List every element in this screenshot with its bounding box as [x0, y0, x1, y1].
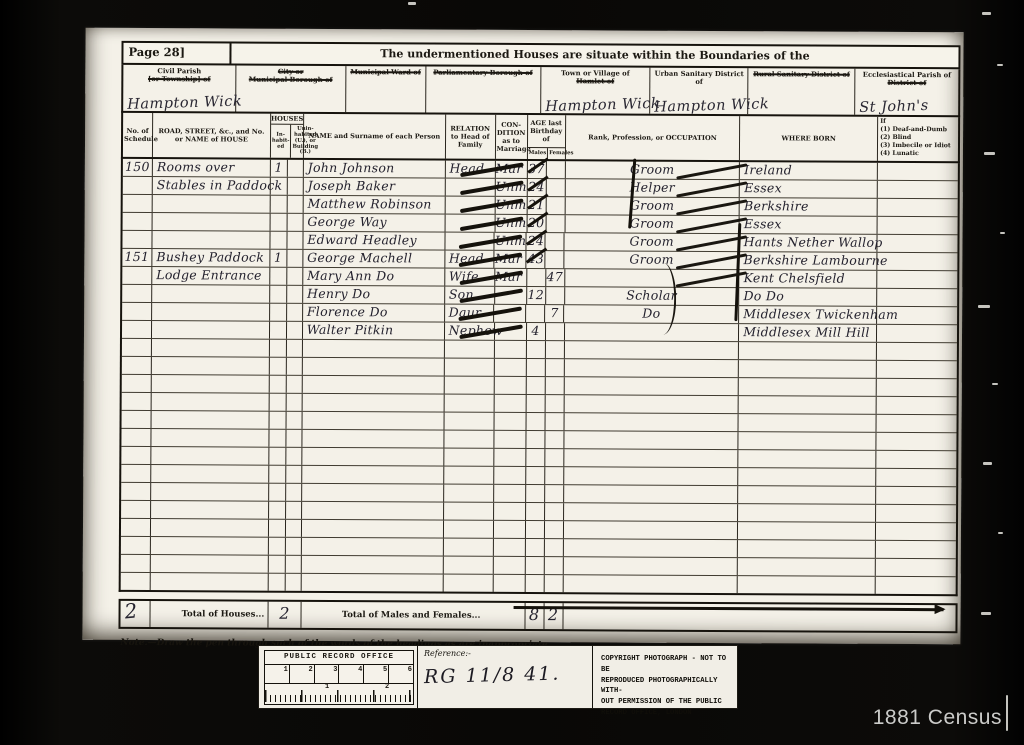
cell-cond: [494, 377, 526, 394]
ruler-number: 4: [358, 666, 362, 674]
column-header-inhabited: In-habit-ed: [271, 125, 292, 158]
cell-infirm: [877, 325, 957, 342]
ruler-number: 2: [308, 666, 312, 674]
cell-born: [738, 558, 876, 576]
cell-occ: [563, 575, 738, 593]
film-artifact: [981, 612, 991, 615]
cell-sched: [122, 411, 152, 428]
cell-name: [302, 466, 444, 484]
cell-road: [152, 231, 270, 249]
cell-agem: 4: [527, 323, 546, 340]
cell-agem: [525, 521, 544, 538]
table-row: [121, 573, 956, 594]
cell-occ: [564, 431, 739, 449]
census-form: Page 28] The undermentioned Houses are s…: [118, 41, 960, 652]
cell-cond: Mar: [495, 269, 527, 286]
cell-cond: Mar: [495, 161, 527, 178]
column-header-age: AGE last Birthday of Males Females: [527, 115, 565, 159]
pro-reference-section: Reference:- RG 11/8 41.: [417, 646, 593, 708]
cell-agem: [526, 449, 545, 466]
cell-infirm: [877, 433, 957, 450]
district-cell: Parliamentary Borough of: [426, 66, 541, 113]
cell-sched: [121, 537, 151, 554]
column-header-name: NAME and Surname of each Person: [304, 114, 446, 159]
film-artifact: [992, 383, 998, 385]
cell-agef: [545, 503, 564, 520]
column-header-infirmity: If (1) Deaf-and-Dumb (2) Blind (3) Imbec…: [878, 117, 958, 161]
cell-sched: [122, 393, 152, 410]
cell-name: [303, 340, 445, 358]
cell-born: Kent Chelsfield: [740, 270, 878, 288]
cell-infirm: [876, 469, 956, 486]
cell-cond: [493, 575, 525, 592]
cell-occ: [564, 503, 739, 521]
district-cell: Urban Sanitary District ofHampton Wick: [651, 68, 749, 115]
cell-born: [738, 486, 876, 504]
cell-occ: Scholar: [565, 287, 740, 305]
district-label: Rural Sanitary District of: [751, 70, 853, 79]
cell-cond: [495, 323, 527, 340]
cell-inh: [270, 268, 287, 285]
cell-infirm: [877, 253, 957, 270]
cell-sched: [121, 573, 151, 590]
cell-road: [151, 483, 269, 501]
cell-occ: [564, 413, 739, 431]
column-header-condition: CON-DITION as to Marriage: [495, 115, 527, 159]
cell-name: Walter Pitkin: [303, 322, 445, 340]
cell-road: Rooms over: [153, 159, 271, 177]
district-header: Civil Parish[or Township] ofHampton Wick…: [121, 65, 960, 117]
cell-agef: [544, 521, 563, 538]
cell-cond: Mar: [495, 251, 527, 268]
age-label: AGE last Birthday of: [528, 115, 565, 148]
cell-sched: [122, 267, 152, 284]
cell-road: [152, 321, 270, 339]
cell-road: [151, 501, 269, 519]
column-header-born: WHERE BORN: [740, 116, 878, 161]
form-title: The undermentioned Houses are situate wi…: [231, 43, 958, 67]
district-label: Town or Village ofHamlet of: [543, 69, 648, 87]
cell-agef: [545, 359, 564, 376]
cell-agem: [526, 485, 545, 502]
cell-agem: [526, 503, 545, 520]
pro-office-box: PUBLIC RECORD OFFICE 123456 1 2: [264, 650, 414, 705]
cell-inh: [269, 412, 286, 429]
cell-rel: [443, 539, 493, 556]
cell-uninh: [286, 484, 302, 501]
cell-sched: [121, 501, 151, 518]
district-label-part: Ecclesiastical Parish of: [857, 71, 956, 80]
cell-name: [302, 484, 444, 502]
cell-born: Do Do: [739, 288, 877, 306]
district-cell: Municipal Ward of: [346, 66, 426, 112]
cell-name: Florence Do: [303, 304, 445, 322]
cell-born: [739, 414, 877, 432]
cell-agef: [545, 395, 564, 412]
district-label: Municipal Ward of: [348, 68, 423, 77]
reference-label: Reference:-: [424, 649, 586, 658]
cell-infirm: [876, 541, 956, 558]
cell-agem: [525, 575, 544, 592]
cell-name: George Way: [303, 214, 445, 232]
cell-born: Berkshire Lambourne: [739, 252, 877, 270]
cell-sched: [122, 285, 152, 302]
cell-occ: [564, 359, 739, 377]
cell-infirm: [878, 235, 958, 252]
cell-occ: [564, 377, 739, 395]
cell-cond: [494, 413, 526, 430]
cell-cond: [494, 521, 526, 538]
cell-name: [302, 430, 444, 448]
cell-born: [738, 576, 876, 594]
ruler-number: 1: [284, 666, 288, 674]
margin-total: 2: [123, 598, 138, 623]
cell-agem: [526, 431, 545, 448]
cell-infirm: [877, 307, 957, 324]
cell-agef: [544, 575, 563, 592]
cell-agem: 12: [527, 287, 546, 304]
cell-sched: [122, 357, 152, 374]
cell-cond: [494, 395, 526, 412]
column-header-schedule: No. of Schedule: [123, 113, 153, 157]
cell-road: [152, 357, 270, 375]
cell-name: Joseph Baker: [304, 178, 446, 196]
cell-uninh: [287, 232, 303, 249]
pen-arrow-mark: [513, 606, 943, 611]
cell-name: [303, 358, 445, 376]
cell-name: [302, 556, 444, 574]
cell-cond: Unm: [495, 197, 527, 214]
cell-sched: [122, 339, 152, 356]
cell-occ: [564, 395, 739, 413]
cell-born: Middlesex Twickenham: [739, 306, 877, 324]
film-artifact: [998, 532, 1003, 534]
district-cell: Rural Sanitary District of: [748, 68, 855, 115]
cell-uninh: [286, 556, 302, 573]
cell-agef: [545, 449, 564, 466]
cell-sched: [123, 195, 153, 212]
cell-sched: [123, 177, 153, 194]
cell-cond: [494, 503, 526, 520]
cell-infirm: [877, 379, 957, 396]
ruler-ticks: 1 2: [265, 684, 413, 702]
cell-cond: Unm: [495, 233, 527, 250]
census-page: Page 28] The undermentioned Houses are s…: [82, 28, 963, 645]
district-cell: City orMunicipal Borough of: [236, 65, 346, 112]
cell-road: [151, 465, 269, 483]
cell-uninh: [286, 520, 302, 537]
cell-inh: [268, 574, 285, 591]
film-artifact: [982, 12, 991, 15]
cell-agef: [545, 485, 564, 502]
district-label: Ecclesiastical Parish ofDistrict of: [857, 71, 956, 88]
cell-occ: [563, 557, 738, 575]
ruler-segment: 2: [290, 665, 315, 683]
cell-agef: [545, 377, 564, 394]
cell-infirm: [876, 559, 956, 576]
cell-sched: 150: [123, 159, 153, 176]
cell-name: [302, 538, 444, 556]
cell-uninh: [287, 358, 303, 375]
cell-inh: [269, 502, 286, 519]
cell-sched: [121, 429, 151, 446]
column-header-relation: RELATION to Head of Family: [446, 115, 496, 159]
film-artifact: [1006, 695, 1008, 731]
cell-uninh: [286, 502, 302, 519]
film-artifact: [978, 305, 990, 308]
cell-inh: [269, 538, 286, 555]
cell-agem: [526, 341, 545, 358]
cell-road: [152, 339, 270, 357]
cell-agef: [546, 215, 565, 232]
cell-cond: [494, 341, 526, 358]
column-header-occupation: Rank, Profession, or OCCUPATION: [565, 115, 740, 160]
district-label: Urban Sanitary District of: [653, 70, 746, 87]
cell-inh: [270, 232, 287, 249]
cell-agef: [546, 251, 565, 268]
cell-road: [151, 411, 269, 429]
cell-uninh: [287, 322, 303, 339]
total-males-females-label: Total of Males and Females...: [301, 602, 525, 629]
cell-sched: [122, 375, 152, 392]
census-table-body: 150Rooms over1John JohnsonHeadMar37Groom…: [119, 159, 960, 596]
cell-uninh: [286, 448, 302, 465]
district-cell: Civil Parish[or Township] ofHampton Wick: [123, 65, 236, 112]
cell-infirm: [878, 181, 958, 198]
cell-rel: [443, 557, 493, 574]
district-label: City orMunicipal Borough of: [238, 68, 343, 86]
cell-road: [152, 303, 270, 321]
cell-inh: [270, 340, 287, 357]
district-label-part: Urban Sanitary District of: [653, 70, 746, 87]
cell-born: [739, 342, 877, 360]
totals-row: 2 Total of Houses... 2 Total of Males an…: [118, 599, 957, 633]
cell-inh: [269, 394, 286, 411]
cell-agem: [526, 359, 545, 376]
district-label-part: Rural Sanitary District of: [751, 70, 853, 79]
cell-sched: [122, 231, 152, 248]
film-artifact: [997, 64, 1003, 66]
cell-born: Berkshire: [740, 198, 878, 216]
cell-agef: [544, 539, 563, 556]
cell-sched: [122, 321, 152, 338]
cell-uninh: [288, 178, 304, 195]
cell-uninh: [286, 466, 302, 483]
cell-road: [151, 447, 269, 465]
district-label: Parliamentary Borough of: [428, 68, 538, 77]
totals-blank-cell: [563, 603, 956, 631]
district-label: Civil Parish[or Township] of: [125, 67, 233, 85]
cell-agem: [527, 269, 546, 286]
cell-born: [738, 504, 876, 522]
cell-name: [301, 574, 443, 592]
cell-infirm: [876, 451, 956, 468]
cell-inh: [269, 466, 286, 483]
cell-occ: [564, 341, 739, 359]
cell-name: Matthew Robinson: [303, 196, 445, 214]
cell-cond: [494, 359, 526, 376]
cell-rel: [444, 359, 494, 376]
cell-inh: [270, 376, 287, 393]
district-cell: Ecclesiastical Parish ofDistrict ofSt Jo…: [855, 69, 958, 116]
cell-road: [151, 429, 269, 447]
cell-inh: [271, 178, 288, 195]
cell-infirm: [878, 163, 958, 180]
cell-cond: Unm: [495, 215, 527, 232]
cell-inh: [270, 286, 287, 303]
cell-inh: [270, 196, 287, 213]
cell-sched: [121, 555, 151, 572]
district-label-part: Hamlet of: [543, 78, 648, 87]
ruler-number: 5: [383, 666, 387, 674]
cell-cond: [495, 305, 527, 322]
cell-infirm: [877, 415, 957, 432]
pro-office-section: PUBLIC RECORD OFFICE 123456 1 2: [259, 646, 417, 708]
cell-uninh: [288, 160, 304, 177]
cell-inh: [270, 214, 287, 231]
cell-cond: [494, 449, 526, 466]
cell-name: George Machell: [303, 250, 445, 268]
district-value: Hampton Wick: [127, 94, 242, 113]
film-artifact: [408, 2, 416, 5]
district-cell: Town or Village ofHamlet ofHampton Wick: [541, 67, 651, 114]
district-value: Hampton Wick: [544, 96, 659, 115]
cell-agef: [545, 467, 564, 484]
cell-inh: [269, 484, 286, 501]
cell-inh: [270, 304, 287, 321]
cell-road: Stables in Paddock: [153, 177, 271, 195]
ruler-segment: 3: [315, 665, 340, 683]
ruler-segment: 5: [364, 665, 389, 683]
cell-inh: [269, 520, 286, 537]
cell-inh: [269, 448, 286, 465]
total-houses-value: 2: [268, 602, 301, 628]
cell-infirm: [878, 217, 958, 234]
cell-agef: 47: [546, 269, 565, 286]
cell-infirm: [876, 523, 956, 540]
cell-agef: [546, 287, 565, 304]
cell-road: [153, 195, 271, 213]
ruler-scale: 123456: [265, 665, 413, 684]
cell-uninh: [287, 196, 303, 213]
cell-agem: 37: [527, 161, 546, 178]
cell-uninh: [287, 214, 303, 231]
cell-inh: 1: [270, 250, 287, 267]
cell-uninh: [287, 376, 303, 393]
cell-agef: [546, 233, 565, 250]
cell-rel: [444, 467, 494, 484]
cell-name: Edward Headley: [303, 232, 445, 250]
cell-road: [152, 375, 270, 393]
cell-agem: [526, 467, 545, 484]
ruler-number: 2: [385, 683, 389, 691]
cell-infirm: [876, 577, 956, 594]
cell-road: [151, 537, 269, 555]
cell-rel: [444, 449, 494, 466]
cell-rel: [444, 377, 494, 394]
cell-born: [739, 378, 877, 396]
cell-name: [302, 412, 444, 430]
cell-agem: [525, 557, 544, 574]
district-label-part: [or Township] of: [125, 75, 233, 84]
cell-name: Henry Do: [303, 286, 445, 304]
cell-rel: [444, 503, 494, 520]
cell-infirm: [878, 199, 958, 216]
cell-cond: [494, 431, 526, 448]
cell-cond: [494, 467, 526, 484]
cell-agef: [545, 431, 564, 448]
cell-rel: [443, 575, 493, 592]
cell-sched: [121, 465, 151, 482]
cell-occ: [564, 485, 739, 503]
cell-rel: [444, 521, 494, 538]
cell-uninh: [287, 286, 303, 303]
cell-agef: [546, 179, 565, 196]
cell-rel: [444, 431, 494, 448]
cell-sched: 151: [122, 249, 152, 266]
cell-road: Lodge Entrance: [152, 267, 270, 285]
film-artifact: [1000, 232, 1005, 234]
cell-infirm: [876, 487, 956, 504]
cell-road: [152, 285, 270, 303]
cell-agem: [525, 539, 544, 556]
cell-uninh: [286, 394, 302, 411]
cell-inh: [270, 358, 287, 375]
cell-uninh: [286, 430, 302, 447]
cell-inh: [269, 430, 286, 447]
cell-name: [302, 448, 444, 466]
cell-agef: [545, 341, 564, 358]
cell-rel: [444, 485, 494, 502]
cell-born: [739, 468, 877, 486]
cell-born: Hants Nether Wallop: [740, 234, 878, 252]
cell-cond: [493, 539, 525, 556]
pro-reference-strip: PUBLIC RECORD OFFICE 123456 1 2 Referenc…: [258, 645, 738, 709]
cell-road: [151, 519, 269, 537]
cell-road: [152, 393, 270, 411]
district-label-part: Municipal Borough of: [238, 76, 343, 85]
total-houses-label: Total of Houses...: [150, 601, 268, 628]
cell-inh: [270, 322, 287, 339]
cell-uninh: [286, 538, 302, 555]
cell-road: [151, 573, 269, 591]
cell-born: Middlesex Mill Hill: [739, 324, 877, 342]
cell-agef: [546, 323, 565, 340]
cell-infirm: [877, 397, 957, 414]
cell-road: [151, 555, 269, 573]
cell-agem: [526, 305, 545, 322]
cell-uninh: [287, 304, 303, 321]
cell-rel: [444, 395, 494, 412]
cell-occ: [564, 449, 739, 467]
cell-inh: 1: [271, 160, 288, 177]
cell-born: Ireland: [740, 162, 878, 180]
cell-sched: [121, 483, 151, 500]
cell-occ: [564, 323, 739, 341]
cell-occ: [564, 467, 739, 485]
cell-name: [302, 520, 444, 538]
cell-name: [302, 502, 444, 520]
cell-agem: [526, 395, 545, 412]
cell-sched: [121, 447, 151, 464]
houses-label: HOUSES: [271, 114, 303, 125]
cell-born: Essex: [740, 216, 878, 234]
cell-agem: 43: [527, 251, 546, 268]
cell-cond: Unm: [495, 179, 527, 196]
cell-agem: 21: [527, 197, 546, 214]
cell-cond: [494, 485, 526, 502]
pro-copyright-section: COPYRIGHT PHOTOGRAPH - NOT TO BE REPRODU…: [593, 646, 737, 708]
